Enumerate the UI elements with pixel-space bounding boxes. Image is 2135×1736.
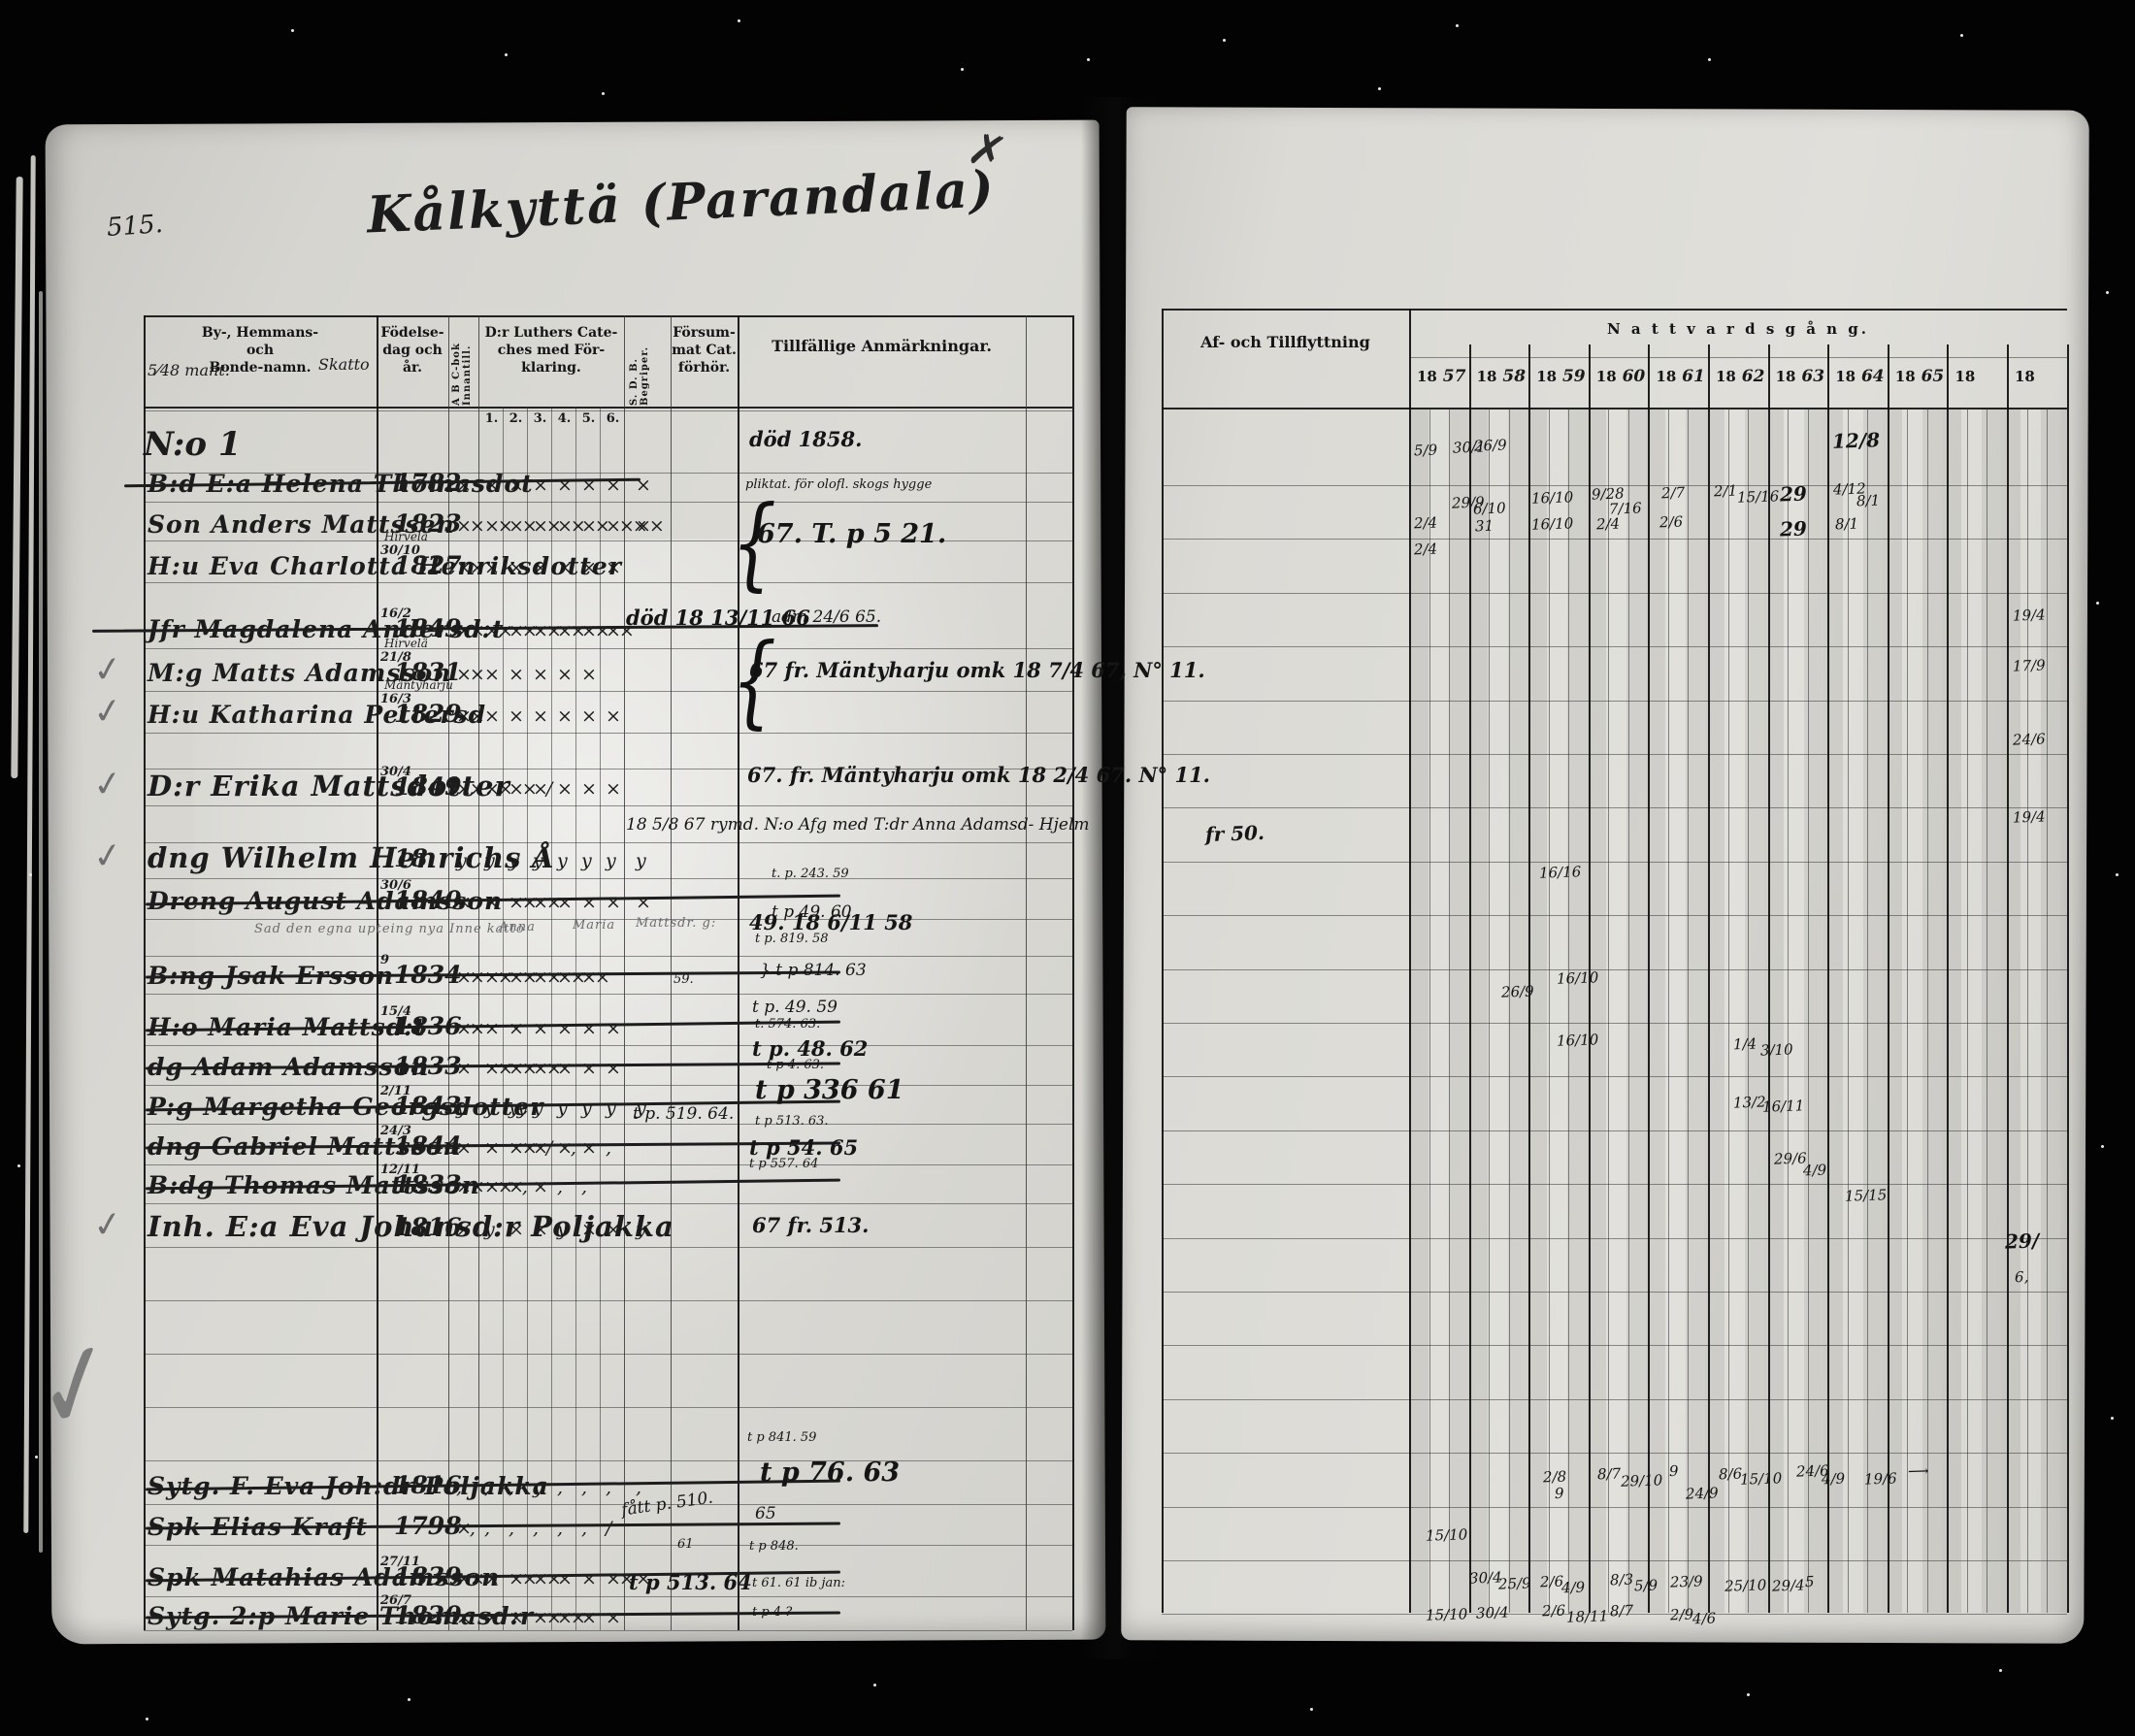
communion-date-mark: 4/9 xyxy=(1561,1579,1586,1597)
remark-note: t p. 519. 64. xyxy=(633,1104,734,1124)
communion-date-mark: 25/10 xyxy=(1724,1576,1767,1594)
catechism-mark: y xyxy=(557,850,566,871)
communion-date-mark: 13/2 xyxy=(1733,1093,1766,1111)
catechism-mark: y xyxy=(533,1477,542,1498)
communion-subcolumn-line xyxy=(1489,408,1490,1613)
communion-subcolumn-line xyxy=(1549,408,1550,1613)
row-rule-line xyxy=(144,502,1072,503)
catechism-mark: × xyxy=(484,1018,498,1039)
catechism-mark: × xyxy=(509,1607,522,1628)
catechism-mark: × xyxy=(484,705,498,727)
dust-speck xyxy=(408,1698,411,1701)
remark-note: t p 841. 59 xyxy=(747,1430,816,1445)
birth-year: 1816 xyxy=(394,1213,462,1241)
birth-year: 1849 xyxy=(394,772,462,801)
col-header-migration: Af- och Tillflyttning xyxy=(1162,334,1409,351)
row-rule-line xyxy=(144,1203,1072,1204)
communion-date-mark: 2/4 xyxy=(1414,514,1438,533)
catechism-mark: y xyxy=(533,1097,542,1119)
catechism-mark: ×× xyxy=(533,966,560,988)
communion-date-mark: 29/4 xyxy=(1772,1576,1805,1594)
catechism-mark: ×× xyxy=(509,1137,536,1159)
catechism-mark: ×× xyxy=(533,1607,560,1628)
year-suffix-handwritten: 60 xyxy=(1617,367,1646,386)
communion-date-mark: 29 xyxy=(1780,517,1808,541)
communion-date-mark: 4/9 xyxy=(1803,1162,1827,1180)
catechism-mark: , xyxy=(484,1518,488,1539)
dust-speck xyxy=(35,1456,38,1458)
catechism-mark: × xyxy=(484,475,498,496)
communion-date-mark: 2/8 xyxy=(1543,1468,1567,1487)
communion-date-mark: 24/6 xyxy=(2013,730,2046,748)
catechism-mark: ×, xyxy=(557,1137,575,1159)
pencil-checkmark: ✓ xyxy=(90,763,125,806)
catechism-mark: × xyxy=(606,1607,619,1628)
dust-speck xyxy=(2111,1417,2114,1420)
col-header-missed-exam: Försum- mat Cat. förhör. xyxy=(671,324,738,377)
catechism-mark: × xyxy=(533,557,546,578)
communion-date-mark: 26/9 xyxy=(1501,982,1534,1000)
catechism-mark: , xyxy=(533,1518,537,1539)
year-suffix-handwritten: 63 xyxy=(1795,367,1824,386)
col-header-birth-l3: år. xyxy=(377,359,448,377)
communion-date-mark: 16/16 xyxy=(1539,863,1582,881)
remark-note: 18 5/8 67 rymd. N:o Afg med T:dr Anna Ad… xyxy=(626,815,1090,835)
communion-date-mark: 29/10 xyxy=(1621,1471,1663,1490)
catechism-mark: ×× xyxy=(484,778,511,800)
communion-date-mark: 9 xyxy=(1669,1462,1679,1480)
catechism-mark: × xyxy=(557,778,571,800)
catechism-mark: y xyxy=(557,1097,566,1119)
row-rule-line xyxy=(144,691,1072,692)
catechism-mark: ×× xyxy=(456,557,483,578)
communion-date-mark: 16/10 xyxy=(1557,968,1599,987)
year-column-line xyxy=(1888,344,1889,1613)
row-rule-line xyxy=(144,1045,1072,1046)
catechism-mark: ×× xyxy=(456,1018,483,1039)
row-rule-line xyxy=(144,956,1072,957)
catechism-mark: × xyxy=(456,892,470,913)
year-prefix: 18 xyxy=(1596,368,1617,385)
year-header: 18 58 xyxy=(1477,367,1526,386)
scanned-ledger-spread: 515. Kålkyttä (Parandala) ✗ ✓ By-, Hemma… xyxy=(0,0,2135,1736)
dust-speck xyxy=(1747,1693,1750,1696)
communion-date-mark: 8/3 xyxy=(1610,1571,1634,1589)
year-suffix-handwritten: 64 xyxy=(1856,367,1885,386)
communion-date-mark: 2/6 xyxy=(1542,1602,1566,1621)
catechism-mark: ×× xyxy=(484,966,511,988)
communion-row-rule xyxy=(1162,807,2067,808)
row-rule-line xyxy=(144,1300,1072,1301)
catechism-mark: × xyxy=(533,475,546,496)
catechism-mark: × xyxy=(533,1219,546,1240)
catechism-mark: × xyxy=(509,557,522,578)
communion-date-mark: 16/10 xyxy=(1557,1031,1599,1049)
catechism-mark: × xyxy=(581,705,595,727)
catechism-mark: × xyxy=(456,1219,470,1240)
catechism-mark: × xyxy=(606,557,619,578)
catechism-mark: ×, xyxy=(509,1176,526,1197)
dust-speck xyxy=(291,29,294,32)
catechism-mark: y xyxy=(606,850,614,871)
catechism-mark: × xyxy=(581,1137,595,1159)
year-column-line xyxy=(1648,344,1650,1613)
household-group-label: N:o 1 xyxy=(144,425,242,464)
communion-subcolumn-line xyxy=(1848,408,1849,1613)
catechism-mark: × xyxy=(581,892,595,913)
catechism-mark: × xyxy=(606,892,619,913)
catechism-mark: × xyxy=(557,475,571,496)
year-header: 18 65 xyxy=(1895,367,1944,386)
right-header-rule xyxy=(1162,309,2067,311)
communion-date-mark: 6, xyxy=(2015,1268,2029,1286)
catechism-mark: ×× xyxy=(557,515,584,537)
col-header-catechism-l2: ches med För- xyxy=(478,342,624,359)
catechism-mark: , xyxy=(509,1477,512,1498)
birth-year: 18 xyxy=(394,844,428,872)
communion-date-mark: 1/4 xyxy=(1733,1035,1757,1054)
row-rule-line xyxy=(144,1247,1072,1248)
communion-date-mark: 2/4 xyxy=(1596,515,1621,534)
communion-date-mark: 8/7 xyxy=(1597,1465,1622,1484)
communion-subcolumn-line xyxy=(1608,408,1609,1613)
row-rule-line xyxy=(144,582,1072,583)
communion-row-rule xyxy=(1162,915,2067,916)
row-rule-line xyxy=(144,1085,1072,1086)
year-header: 18 xyxy=(2015,367,2035,386)
catechism-mark: × xyxy=(606,705,619,727)
catechism-mark: ×× xyxy=(533,892,560,913)
dust-speck xyxy=(2116,873,2119,876)
communion-row-rule xyxy=(1162,1023,2067,1024)
year-suffix-handwritten: 65 xyxy=(1916,367,1945,386)
right-header-rule xyxy=(1162,408,2067,409)
catechism-mark: y xyxy=(606,1097,614,1119)
subcolumn-line xyxy=(600,407,601,1630)
communion-date-mark: 6/10 xyxy=(1473,499,1506,517)
catechism-mark: ×× xyxy=(509,1058,536,1079)
communion-subcolumn-line xyxy=(1967,408,1968,1613)
communion-date-mark: 15/16 xyxy=(1737,487,1780,506)
year-header: 18 62 xyxy=(1716,367,1764,386)
catechism-mark: × xyxy=(509,705,522,727)
catechism-mark: y xyxy=(581,1097,590,1119)
communion-date-mark: 4/9 xyxy=(1822,1470,1846,1489)
communion-date-mark: 15/10 xyxy=(1426,1605,1468,1623)
page-edge-line xyxy=(1162,309,1164,1613)
remark-note: t p. 49. 59 xyxy=(752,998,838,1017)
catechism-mark: , xyxy=(484,1477,488,1498)
catechism-mark: ×× xyxy=(484,515,511,537)
communion-date-mark: 19/6 xyxy=(1864,1469,1897,1488)
communion-date-mark: 30/4 xyxy=(1476,1603,1509,1621)
year-column-line xyxy=(1708,344,1710,1613)
dust-speck xyxy=(505,53,508,56)
column-line xyxy=(1026,315,1027,1630)
catechism-mark: × xyxy=(484,664,498,685)
col-header-missed-l3: förhör. xyxy=(671,359,738,377)
row-rule-line xyxy=(144,1504,1072,1505)
remark-note: Sad den egna upteing nya Inne katto xyxy=(254,922,525,936)
catechism-mark: × xyxy=(509,475,522,496)
remark-note: t. 574. 63. xyxy=(755,1017,820,1032)
catechism-mark: × xyxy=(484,557,498,578)
birth-year: 1827 xyxy=(394,551,462,579)
row-rule-line xyxy=(144,878,1072,879)
communion-row-rule xyxy=(1162,1238,2067,1239)
catechism-mark: ×× xyxy=(581,515,608,537)
catechism-mark: ×× xyxy=(533,1568,560,1589)
communion-row-rule xyxy=(1162,1292,2067,1293)
catechism-mark: y xyxy=(484,850,493,871)
communion-date-mark: 5/9 xyxy=(1414,442,1438,460)
catechism-mark: , xyxy=(636,1477,640,1498)
year-prefix: 18 xyxy=(2015,368,2035,385)
birth-day-month: 9 xyxy=(380,953,389,967)
person-name: dng Wilhelm Henrichs Å xyxy=(148,841,555,874)
catechism-mark: × xyxy=(557,892,571,913)
year-suffix-handwritten: 58 xyxy=(1496,367,1526,386)
catechism-mark: × xyxy=(636,892,649,913)
communion-date-mark: 5 xyxy=(1805,1573,1815,1590)
communion-subcolumn-line xyxy=(1748,408,1749,1613)
catechism-mark: × xyxy=(581,664,595,685)
remark-note: 65 xyxy=(755,1504,776,1523)
catechism-subcol-number: 6. xyxy=(602,411,624,426)
catechism-mark: y xyxy=(484,1097,493,1119)
communion-subcolumn-line xyxy=(1449,408,1450,1613)
row-rule-line xyxy=(144,1354,1072,1355)
dust-speck xyxy=(1087,58,1090,61)
year-column-line xyxy=(1827,344,1829,1613)
catechism-mark: y xyxy=(484,1219,493,1240)
catechism-mark: ×× xyxy=(581,966,608,988)
catechism-mark: y xyxy=(581,850,590,871)
catechism-mark: × xyxy=(533,1176,546,1197)
communion-row-rule xyxy=(1162,1399,2067,1400)
communion-subcolumn-line xyxy=(1987,408,1987,1613)
row-rule-line xyxy=(144,1630,1072,1631)
communion-date-mark: 15/10 xyxy=(1740,1469,1783,1488)
communion-date-mark: 25/9 xyxy=(1498,1574,1531,1592)
year-header: 18 57 xyxy=(1417,367,1465,386)
catechism-mark: y xyxy=(636,1219,644,1240)
catechism-mark: ×× xyxy=(456,966,483,988)
dust-speck xyxy=(1456,24,1459,27)
catechism-mark: × xyxy=(533,1018,546,1039)
catechism-mark: × xyxy=(484,1607,498,1628)
year-column-line xyxy=(1768,344,1770,1613)
communion-row-rule xyxy=(1162,701,2067,702)
communion-date-mark: fr 50. xyxy=(1205,821,1265,846)
catechism-mark: ×× xyxy=(557,966,584,988)
pencil-checkmark: ✓ xyxy=(90,1203,125,1247)
catechism-mark: ×× xyxy=(456,1568,483,1589)
pencil-checkmark: ✓ xyxy=(90,648,125,692)
birth-year: 1829 xyxy=(394,700,462,728)
col-header-missed-l2: mat Cat. xyxy=(671,342,738,359)
remark-note: t p 513. 63. xyxy=(755,1114,829,1129)
communion-row-rule xyxy=(1162,1130,2067,1131)
year-prefix: 18 xyxy=(1417,368,1437,385)
col-header-names-l1: By-, Hemmans- xyxy=(144,324,377,342)
year-header: 18 61 xyxy=(1656,367,1704,386)
catechism-mark: , xyxy=(456,1477,460,1498)
column-line xyxy=(144,315,146,1630)
catechism-mark: , xyxy=(509,1518,512,1539)
year-suffix-handwritten: 57 xyxy=(1437,367,1466,386)
remark-note: död 1858. xyxy=(749,427,862,451)
col-header-communion: N a t t v a r d s g å n g. xyxy=(1409,320,2067,338)
remark-note: t p 557. 64 xyxy=(749,1157,818,1171)
catechism-mark: × xyxy=(606,778,619,800)
year-column-line xyxy=(2007,344,2009,1613)
catechism-mark: , xyxy=(581,1176,585,1197)
remark-note: t p 513. 64 xyxy=(629,1570,752,1594)
birth-place-note: Hirvelä xyxy=(384,637,428,650)
remark-note: 67. fr. Mäntyharju omk 18 2/4 67. N° 11. xyxy=(747,763,1210,787)
year-column-line xyxy=(1947,344,1949,1613)
subcolumn-line xyxy=(551,407,552,1630)
catechism-mark: × xyxy=(456,1137,470,1159)
year-header: 18 63 xyxy=(1776,367,1824,386)
catechism-mark: × xyxy=(509,664,522,685)
year-suffix-handwritten: 62 xyxy=(1736,367,1765,386)
communion-row-rule xyxy=(1162,1184,2067,1185)
catechism-mark: × xyxy=(606,1219,619,1240)
catechism-mark: y xyxy=(636,850,644,871)
col-header-missed-l1: Försum- xyxy=(671,324,738,342)
communion-date-mark: 23/9 xyxy=(1670,1572,1703,1590)
year-column-line xyxy=(1469,344,1471,1613)
remark-note: 67. T. p 5 21. xyxy=(757,519,946,549)
communion-subcolumn-line xyxy=(1927,408,1928,1613)
row-rule-line xyxy=(144,1124,1072,1125)
page-number: 515. xyxy=(106,210,164,243)
year-column-line xyxy=(1409,309,1411,1613)
year-header: 18 64 xyxy=(1835,367,1884,386)
col-header-sdb: S. D. B. Begriper. xyxy=(629,320,650,406)
catechism-mark: ×× xyxy=(509,892,536,913)
catechism-mark: × xyxy=(509,1018,522,1039)
catechism-mark: ×× xyxy=(456,515,483,537)
catechism-mark: × xyxy=(581,1219,595,1240)
catechism-subcol-number: 2. xyxy=(505,411,527,426)
col-header-catechism: D:r Luthers Cate- ches med För- klaring. xyxy=(478,324,624,377)
remark-note: adm 24/6 65. xyxy=(772,607,881,627)
communion-date-mark: 26/9 xyxy=(1474,436,1507,454)
communion-row-rule xyxy=(1162,593,2067,594)
catechism-mark: ×× xyxy=(557,620,584,641)
year-column-line xyxy=(2067,344,2069,1613)
communion-row-rule xyxy=(1162,1076,2067,1077)
col-header-catechism-l1: D:r Luthers Cate- xyxy=(478,324,624,342)
catechism-mark: ×× xyxy=(509,620,536,641)
dust-speck xyxy=(1960,34,1963,37)
dust-speck xyxy=(1310,1708,1313,1711)
communion-date-mark: 2/6 xyxy=(1659,513,1684,532)
communion-date-mark: 19/4 xyxy=(2013,807,2046,826)
row-rule-line xyxy=(144,733,1072,734)
catechism-subcol-number: 3. xyxy=(529,411,551,426)
catechism-mark: × xyxy=(581,1058,595,1079)
remark-note: t p 4 ? xyxy=(752,1605,792,1620)
communion-subcolumn-line xyxy=(2047,408,2048,1613)
dust-speck xyxy=(1708,58,1711,61)
dust-speck xyxy=(2106,291,2109,294)
catechism-subcol-number: 5. xyxy=(577,411,600,426)
communion-date-mark: 5/9 xyxy=(1634,1577,1659,1595)
communion-date-mark: 2/4 xyxy=(1414,540,1438,559)
col-header-birth-l1: Födelse- xyxy=(377,324,448,342)
dust-speck xyxy=(1999,1669,2002,1672)
catechism-mark: ×× xyxy=(484,1176,511,1197)
communion-date-mark: 31 xyxy=(1475,517,1494,536)
communion-date-mark: 29/ xyxy=(2005,1228,2040,1253)
catechism-mark: × xyxy=(581,1607,595,1628)
column-line xyxy=(1072,315,1074,1630)
communion-date-mark: 17/9 xyxy=(2013,656,2046,674)
year-prefix: 18 xyxy=(1835,368,1856,385)
pencil-checkmark: ✓ xyxy=(90,835,125,878)
communion-date-mark: 16/10 xyxy=(1531,514,1574,533)
remark-note: Anna xyxy=(499,920,536,934)
communion-date-mark: 8/1 xyxy=(1835,515,1859,534)
subcolumn-line xyxy=(527,407,528,1630)
catechism-mark: , xyxy=(581,1518,585,1539)
dust-speck xyxy=(17,1164,20,1167)
row-rule-line xyxy=(144,1460,1072,1461)
remark-note: t p 848. xyxy=(749,1539,799,1554)
catechism-mark: × xyxy=(456,475,470,496)
communion-subcolumn-line xyxy=(1867,408,1868,1613)
catechism-mark: ×× xyxy=(456,620,483,641)
dust-speck xyxy=(602,92,605,95)
catechism-mark: × xyxy=(484,1137,498,1159)
catechism-mark: ×× xyxy=(509,778,536,800)
catechism-mark: ×× xyxy=(557,1607,584,1628)
communion-date-mark: 2/6 xyxy=(1540,1573,1564,1591)
catechism-mark: ×× xyxy=(533,1058,560,1079)
col-header-abc-book: A B C-bok Innantill. xyxy=(451,320,473,406)
catechism-mark: × xyxy=(581,557,595,578)
year-prefix: 18 xyxy=(1536,368,1557,385)
row-rule-line xyxy=(144,1545,1072,1546)
communion-date-mark: ⟶ xyxy=(1908,1462,1929,1481)
right-header-rule xyxy=(1409,357,2067,358)
note-mantal: 5⁄48 mant. xyxy=(148,361,230,379)
communion-subcolumn-line xyxy=(1808,408,1809,1613)
catechism-mark: , xyxy=(557,1518,561,1539)
catechism-mark: , xyxy=(606,1137,609,1159)
birth-place-note: Mäntyharju xyxy=(384,678,453,692)
year-prefix: 18 xyxy=(1895,368,1916,385)
remark-note: 67 fr. Mäntyharju omk 18 7/4 67, N° 11. xyxy=(749,658,1205,682)
dust-speck xyxy=(961,68,964,71)
communion-date-mark: 12/8 xyxy=(1832,428,1881,453)
row-rule-line xyxy=(144,648,1072,649)
communion-row-rule xyxy=(1162,1345,2067,1346)
catechism-mark: × xyxy=(557,1568,571,1589)
dust-speck xyxy=(1378,87,1381,90)
catechism-mark: , xyxy=(557,1477,561,1498)
catechism-mark: y xyxy=(557,1219,566,1240)
catechism-mark: / xyxy=(606,1518,609,1539)
catechism-mark: , xyxy=(581,1477,585,1498)
remark-note: t p 4. 63. xyxy=(767,1058,824,1072)
catechism-mark: × xyxy=(581,1018,595,1039)
row-rule-line xyxy=(144,1164,1072,1165)
